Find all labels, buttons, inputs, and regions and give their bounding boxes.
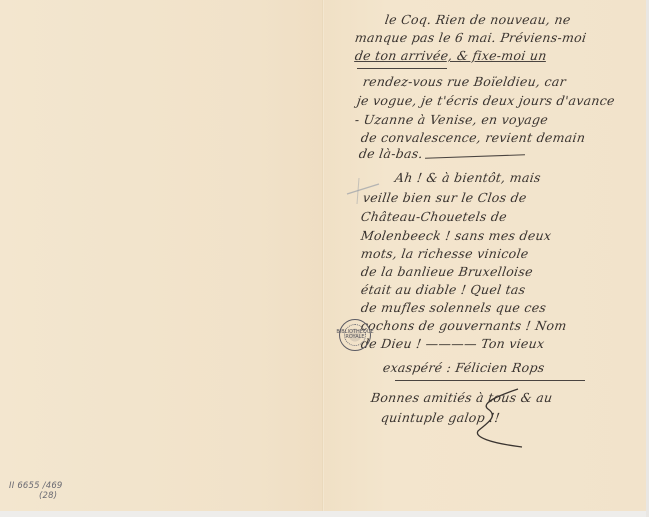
underline-rule xyxy=(357,68,447,69)
stamp-text: BIBLIOTHÈQUE ROYALE xyxy=(344,324,366,346)
library-stamp: BIBLIOTHÈQUE ROYALE xyxy=(339,319,371,351)
letter-line: de ton arrivée, & fixe-moi un xyxy=(354,48,548,63)
call-number: II 6655 /469 (28) xyxy=(9,481,63,501)
letter-line: - Uzanne à Venise, en voyage xyxy=(354,112,549,127)
page-fold xyxy=(322,0,324,511)
letter-line: manque pas le 6 mai. Préviens-moi xyxy=(354,30,587,45)
call-number-sub: (28) xyxy=(9,491,63,501)
letter-line: Château-Chouetels de xyxy=(360,209,508,224)
letter-line: exaspéré : Félicien Rops xyxy=(382,360,546,375)
letter-line: veille bien sur le Clos de xyxy=(362,190,528,205)
signature-flourish-icon xyxy=(470,385,530,450)
letter-line: je vogue, je t'écris deux jours d'avance xyxy=(356,93,616,108)
letter-line: mots, la richesse vinicole xyxy=(360,246,530,261)
letter-line: de Dieu ! ———— Ton vieux xyxy=(360,336,546,351)
letter-line: Molenbeeck ! sans mes deux xyxy=(360,228,552,243)
letter-line: de convalescence, revient demain xyxy=(360,130,586,145)
letter-line: rendez-vous rue Boïeldieu, car xyxy=(362,74,567,89)
left-page xyxy=(0,0,322,511)
letter-line: le Coq. Rien de nouveau, ne xyxy=(384,12,572,27)
signature-rule xyxy=(395,380,585,381)
letter-line: cochons de gouvernants ! Nom xyxy=(360,318,568,333)
call-number-main: II 6655 /469 xyxy=(9,481,63,491)
letter-line: était au diable ! Quel tas xyxy=(360,282,527,297)
letter-line: de la banlieue Bruxelloise xyxy=(360,264,534,279)
letter-line: Ah ! & à bientôt, mais xyxy=(394,170,542,185)
letter-line: de mufles solennels que ces xyxy=(360,300,547,315)
letter-line: de là-bas. xyxy=(358,146,424,161)
scan-border-bottom xyxy=(0,511,649,517)
